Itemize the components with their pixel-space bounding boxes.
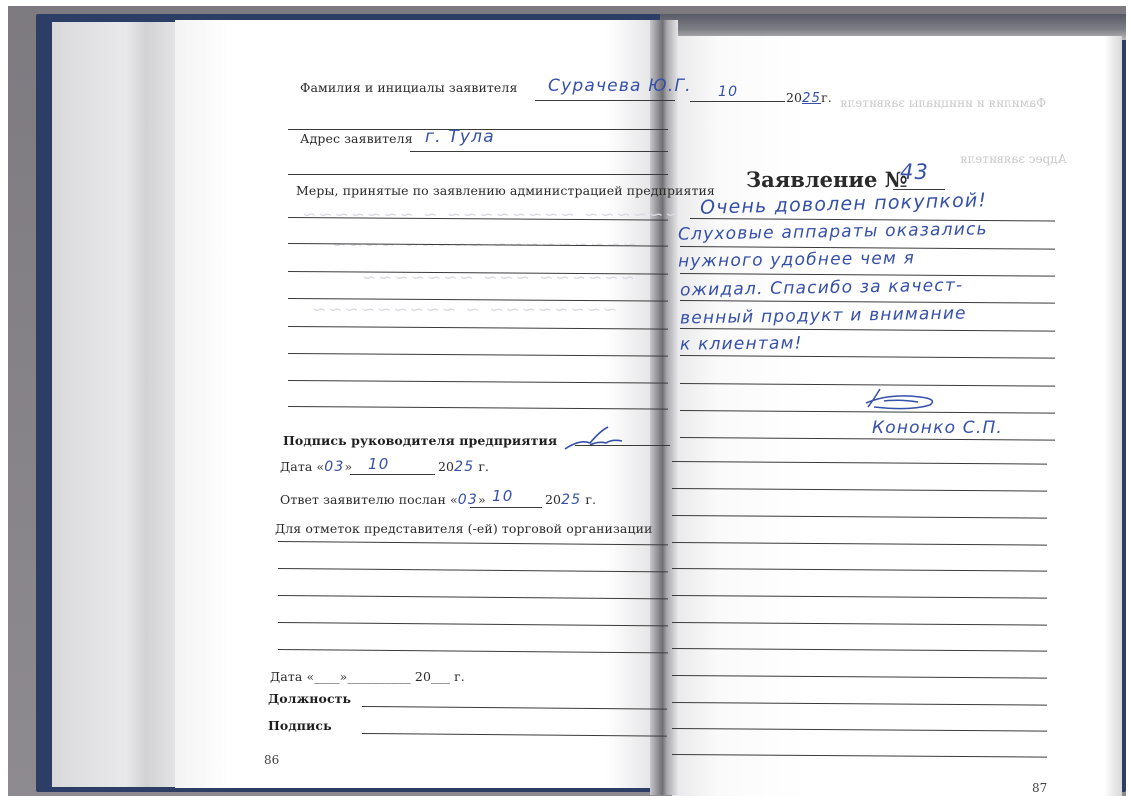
statement-text-line: к клиентам! bbox=[680, 333, 803, 354]
applicant-name-value: Сурачева Ю.Г. bbox=[548, 76, 692, 96]
manager-signature-label: Подпись руководителя предприятия bbox=[283, 433, 557, 448]
bottom-date-label: Дата «____»__________ 20___ г. bbox=[270, 669, 465, 684]
top-date-year: 25 bbox=[802, 91, 821, 106]
statement-text-line: нужного удобнее чем я bbox=[678, 248, 915, 271]
right-page bbox=[672, 36, 1122, 796]
page-number-right: 87 bbox=[1032, 781, 1047, 795]
reply-month: 10 bbox=[492, 487, 514, 505]
bleed-through-text: ~~~~~~~~ ~ ~~~~~~~~~ bbox=[310, 300, 617, 320]
manager-signature-mark bbox=[560, 425, 630, 455]
page-number-left: 86 bbox=[264, 753, 279, 767]
address-line bbox=[410, 151, 668, 152]
address-value: г. Тула bbox=[425, 127, 495, 147]
top-date-month: 10 bbox=[718, 84, 738, 100]
form-line bbox=[288, 174, 668, 175]
applicant-signature bbox=[860, 385, 950, 413]
reply-label: Ответ заявителю послан « bbox=[280, 492, 458, 507]
top-date-line bbox=[690, 101, 785, 102]
signature-line bbox=[575, 445, 670, 446]
reply-month-line bbox=[470, 507, 542, 508]
date-label: Дата « bbox=[280, 459, 324, 474]
date-month-line bbox=[350, 474, 435, 475]
statement-number: 43 bbox=[900, 160, 929, 184]
date-month: 10 bbox=[368, 455, 390, 473]
trade-org-label: Для отметок представителя (-ей) торговой… bbox=[275, 521, 652, 536]
applicant-name-line bbox=[535, 100, 675, 101]
statement-heading: Заявление № bbox=[746, 167, 907, 192]
signer-name: Кононко С.П. bbox=[872, 418, 1003, 438]
applicant-name-label: Фамилия и инициалы заявителя bbox=[300, 80, 517, 95]
date-day: 03 bbox=[324, 459, 344, 475]
date-year: 25 bbox=[454, 459, 474, 475]
bleed-through-text: ~~~~~~ ~~~~~~~~ ~ ~~~~~~~ bbox=[300, 205, 680, 225]
position-label: Должность bbox=[268, 691, 351, 706]
signature-label: Подпись bbox=[268, 718, 332, 733]
reply-day: 03 bbox=[458, 492, 478, 508]
bleed-through-text: Фамилия и инициалы заявителя bbox=[840, 96, 1046, 110]
bleed-through-text: Адрес заявителя bbox=[960, 152, 1067, 166]
measures-label: Меры, принятые по заявлению администраци… bbox=[296, 183, 715, 198]
address-label: Адрес заявителя bbox=[300, 131, 413, 146]
reply-year: 25 bbox=[561, 492, 581, 508]
book-gutter bbox=[650, 20, 678, 795]
